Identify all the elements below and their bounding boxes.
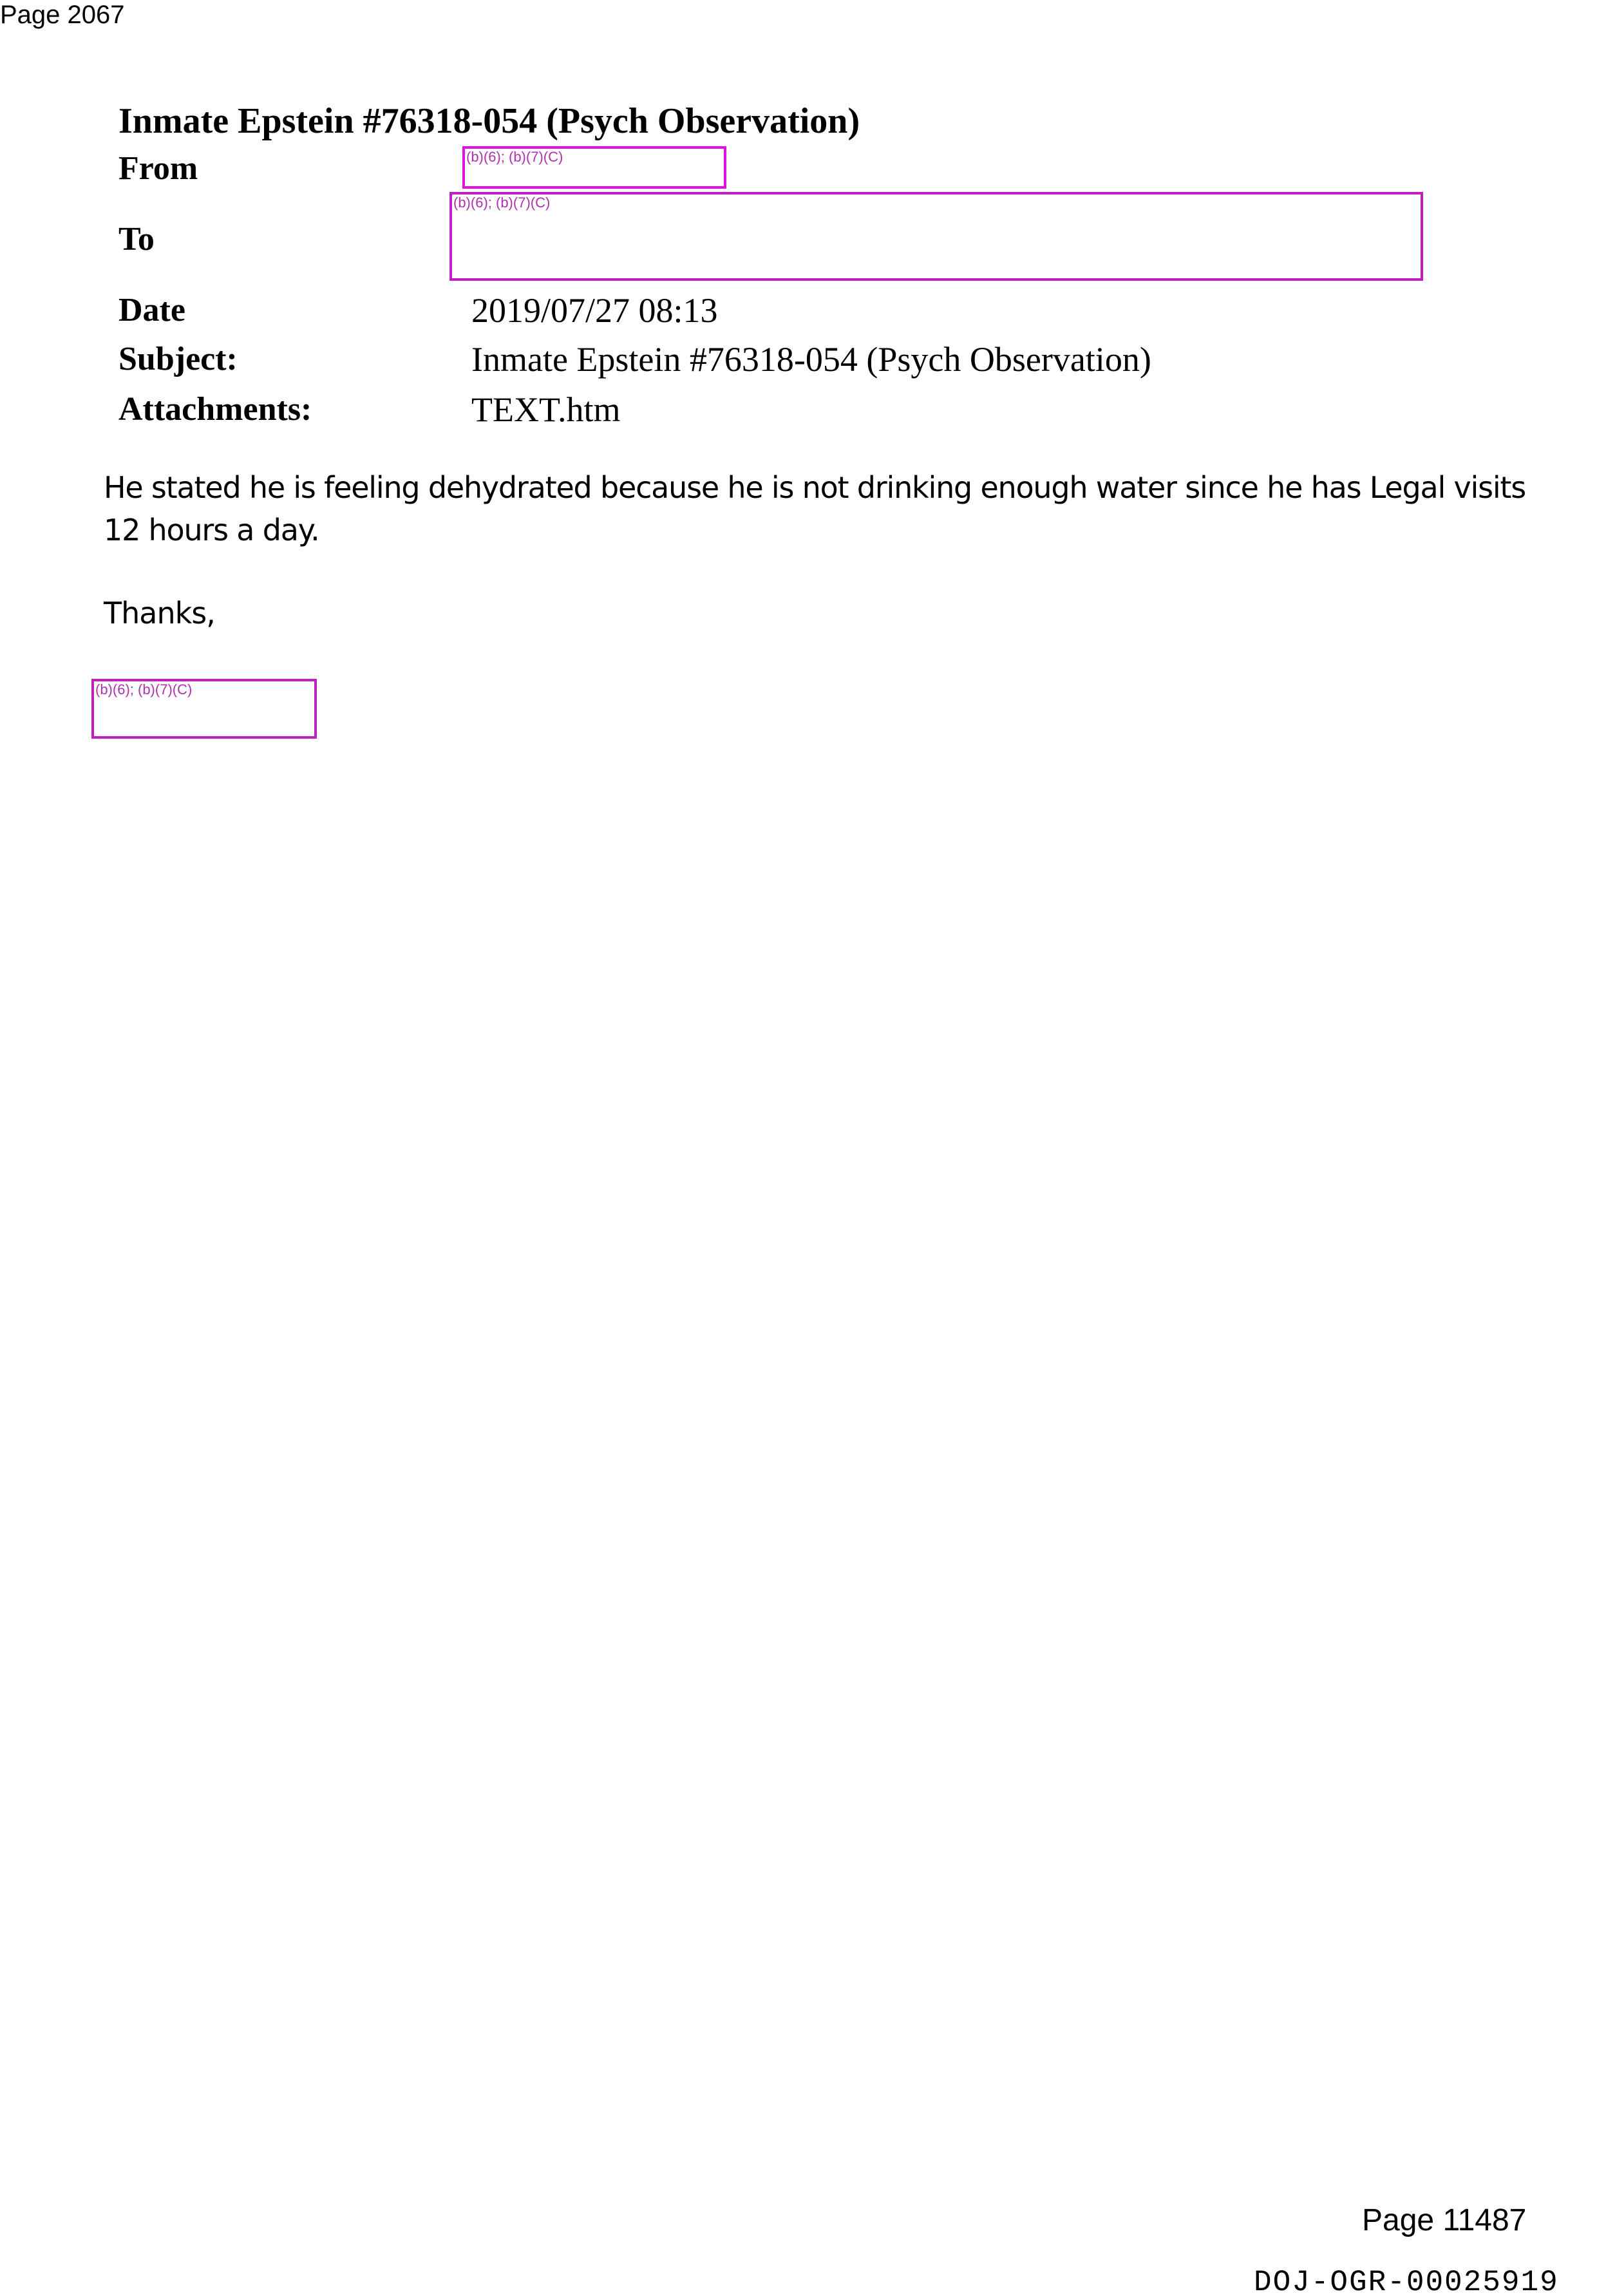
- page-number-bottom: Page 11487: [1362, 2203, 1526, 2239]
- from-redaction-box: (b)(6); (b)(7)(C): [462, 146, 726, 189]
- date-value: 2019/07/27 08:13: [471, 291, 718, 330]
- email-sign-off: Thanks,: [104, 594, 215, 632]
- subject-value: Inmate Epstein #76318-054 (Psych Observa…: [471, 340, 1151, 379]
- signature-redaction-box: (b)(6); (b)(7)(C): [91, 679, 317, 739]
- email-body: He stated he is feeling dehydrated becau…: [104, 466, 1546, 551]
- attachment-file[interactable]: TEXT.htm: [471, 390, 620, 429]
- page-number-top: Page 2067: [0, 0, 125, 30]
- subject-label: Subject:: [118, 340, 238, 379]
- to-label: To: [118, 220, 155, 259]
- redaction-code: (b)(6); (b)(7)(C): [466, 149, 563, 166]
- attachments-label: Attachments:: [118, 390, 312, 429]
- redaction-code: (b)(6); (b)(7)(C): [95, 681, 192, 698]
- from-label: From: [118, 149, 198, 188]
- bates-number: DOJ-OGR-00025919: [1254, 2267, 1559, 2296]
- redaction-code: (b)(6); (b)(7)(C): [453, 194, 550, 211]
- to-redaction-box: (b)(6); (b)(7)(C): [449, 192, 1423, 281]
- date-label: Date: [118, 291, 185, 330]
- email-title: Inmate Epstein #76318-054 (Psych Observa…: [118, 100, 860, 142]
